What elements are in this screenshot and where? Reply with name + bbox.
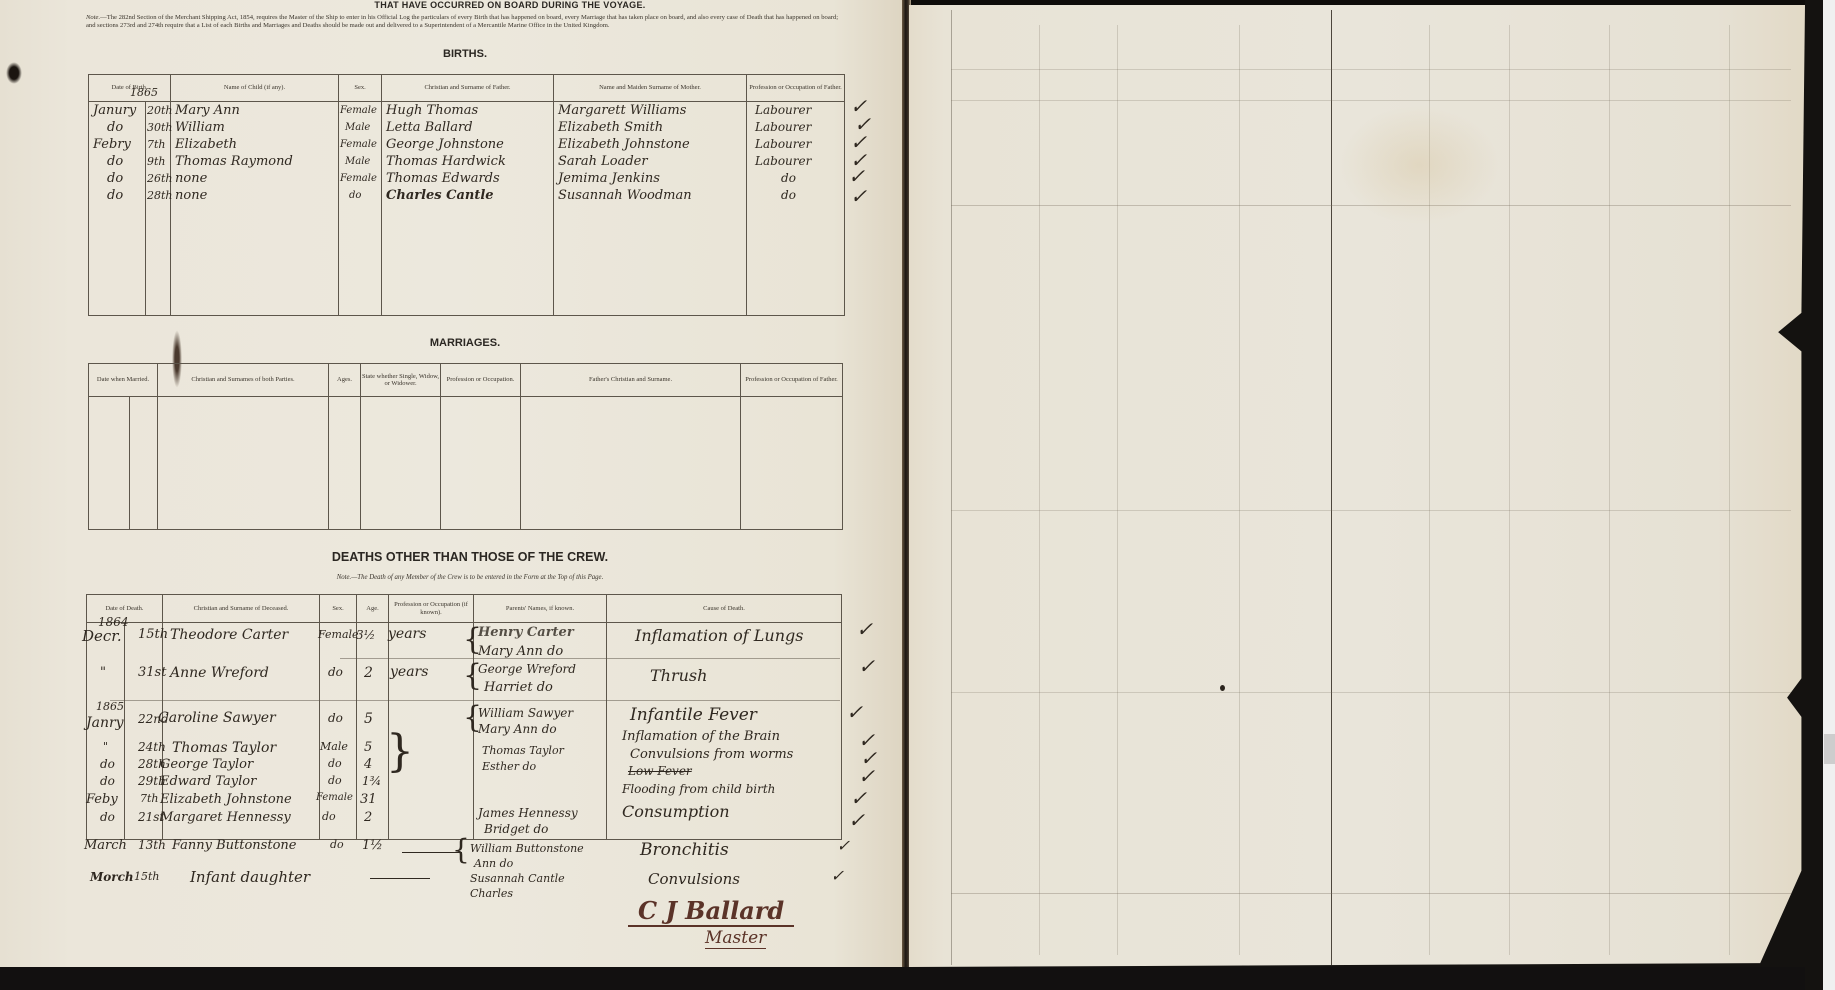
- marriages-col-parties: Christian and Surnames of both Parties.: [158, 364, 329, 397]
- faint-row-rule: [951, 893, 1791, 894]
- scrollbar-thumb[interactable]: [1824, 734, 1835, 764]
- birth-father: Letta Ballard: [382, 119, 553, 136]
- deaths-check-2: ✓: [857, 654, 880, 678]
- birth-month: Janury: [89, 102, 145, 119]
- birth-day: 9th: [146, 153, 170, 170]
- births-col-occupation: Profession or Occupation of Father.: [747, 75, 845, 102]
- death-parents: William Buttonstone: [470, 842, 584, 855]
- marriages-col-father: Father's Christian and Surname.: [521, 364, 741, 397]
- faint-column-rule: [1729, 25, 1730, 955]
- deaths-row-divider: [340, 658, 840, 659]
- birth-day: 20th: [146, 102, 170, 119]
- death-name: Fanny Buttonstone: [172, 838, 296, 853]
- death-name: Anne Wreford: [170, 665, 269, 681]
- birth-sex: do: [339, 187, 381, 204]
- births-father-cell: Hugh Thomas Letta Ballard George Johnsto…: [382, 102, 554, 316]
- births-col-sex: Sex.: [339, 75, 382, 102]
- deaths-col-name: Christian and Surname of Deceased.: [163, 595, 320, 623]
- death-parents: Bridget do: [484, 822, 548, 836]
- births-col-child: Name of Child (if any).: [171, 75, 339, 102]
- death-age: 1¾: [362, 774, 381, 788]
- page-header-title: THAT HAVE OCCURRED ON BOARD DURING THE V…: [330, 0, 690, 10]
- death-parents: William Sawyer: [478, 706, 573, 720]
- death-parents: George Wreford: [478, 662, 576, 676]
- deaths-check-7: ✓: [849, 786, 872, 810]
- death-name: Elizabeth Johnstone: [160, 792, 292, 807]
- left-page: THAT HAVE OCCURRED ON BOARD DURING THE V…: [0, 0, 905, 967]
- death-month: Feby: [86, 792, 118, 807]
- death-parents: Mary Ann do: [478, 644, 563, 659]
- birth-month: do: [89, 187, 145, 204]
- birth-father: Charles Cantle: [382, 187, 553, 204]
- death-cause: Convulsions from worms: [630, 747, 793, 762]
- death-month: do: [100, 774, 115, 788]
- parents-brace: {: [452, 838, 470, 862]
- water-stain: [1339, 105, 1499, 225]
- deaths-col-cause: Cause of Death.: [607, 595, 842, 623]
- births-title: BIRTHS.: [400, 48, 530, 60]
- death-sex: do: [328, 711, 343, 725]
- faint-column-rule: [1429, 25, 1430, 955]
- birth-child-name: William: [171, 119, 338, 136]
- birth-child-name: none: [171, 170, 338, 187]
- deaths-col-age: Age.: [357, 595, 389, 623]
- death-month: do: [100, 810, 115, 824]
- birth-occupation: Labourer: [747, 153, 844, 170]
- deaths-title: DEATHS OTHER THAN THOSE OF THE CREW.: [250, 550, 690, 564]
- top-edge-shadow: [900, 0, 1805, 5]
- death-occupation: years: [388, 626, 426, 642]
- births-year: 1865: [130, 86, 158, 99]
- death-cause: Low Fever: [628, 764, 692, 778]
- death-day: 7th: [140, 792, 159, 805]
- death-sex: do: [322, 810, 336, 823]
- death-age: 3½: [356, 628, 375, 642]
- birth-father: George Johnstone: [382, 136, 553, 153]
- death-cause: Consumption: [622, 802, 730, 821]
- death-age: 5: [364, 740, 372, 755]
- marriages-col-ages: Ages.: [329, 364, 361, 397]
- birth-day: 26th: [146, 170, 170, 187]
- death-month: do: [100, 757, 115, 771]
- death-month: Janry: [86, 715, 124, 731]
- birth-month: Febry: [89, 136, 145, 153]
- note-label: Note.: [86, 14, 100, 21]
- birth-day: 30th: [146, 119, 170, 136]
- birth-sex: Male: [339, 119, 381, 136]
- faint-row-rule: [951, 205, 1791, 206]
- marriages-col-occupation: Profession or Occupation.: [441, 364, 521, 397]
- death-day: 15th: [138, 627, 168, 642]
- death-age: 4: [364, 757, 372, 772]
- death-age: 2: [364, 810, 372, 825]
- ink-speck: [1220, 685, 1225, 691]
- death-parents: Susannah Cantle: [470, 872, 565, 885]
- births-occupation-cell: Labourer Labourer Labourer Labourer do d…: [747, 102, 845, 316]
- marriages-empty-row: [89, 397, 843, 530]
- right-page-margin-rule: [951, 10, 952, 965]
- births-day-cell: 20th 30th 7th 9th 26th 28th: [146, 102, 171, 316]
- death-name: Caroline Sawyer: [158, 710, 276, 726]
- birth-day: 7th: [146, 136, 170, 153]
- faint-column-rule: [1117, 25, 1118, 955]
- births-mother-cell: Margarett Williams Elizabeth Smith Eliza…: [554, 102, 747, 316]
- deaths-col-sex: Sex.: [320, 595, 357, 623]
- marriages-table: Date when Married. Christian and Surname…: [88, 363, 843, 530]
- death-parents: Thomas Taylor: [482, 744, 564, 757]
- birth-month: do: [89, 119, 145, 136]
- faint-column-rule: [1609, 25, 1610, 955]
- birth-father: Thomas Edwards: [382, 170, 553, 187]
- birth-occupation: do: [747, 187, 844, 204]
- death-month: ": [103, 740, 108, 753]
- birth-sex: Female: [339, 136, 381, 153]
- death-parents: Mary Ann do: [478, 722, 557, 736]
- marriages-title: MARRIAGES.: [400, 337, 530, 349]
- deaths-check-10: ✓: [829, 866, 847, 885]
- birth-occupation: do: [747, 170, 844, 187]
- death-sex: do: [328, 774, 342, 787]
- birth-sex: Female: [339, 102, 381, 119]
- birth-mother: Margarett Williams: [554, 102, 746, 119]
- births-col-mother: Name and Maiden Surname of Mother.: [554, 75, 747, 102]
- birth-mother: Elizabeth Johnstone: [554, 136, 746, 153]
- death-cause: Infantile Fever: [630, 705, 757, 725]
- death-name: Thomas Taylor: [172, 740, 276, 756]
- death-name: Margaret Hennessy: [160, 810, 291, 825]
- header-note: Note.—The 282nd Section of the Merchant …: [86, 14, 846, 30]
- death-parents: Harriet do: [484, 680, 553, 695]
- right-page: [909, 5, 1805, 967]
- ink-blot: [6, 62, 22, 84]
- births-col-father: Christian and Surname of Father.: [382, 75, 554, 102]
- death-parents: Henry Carter: [478, 625, 574, 640]
- death-cause: Thrush: [650, 666, 707, 685]
- marriages-col-date: Date when Married.: [89, 364, 158, 397]
- death-name: George Taylor: [160, 757, 253, 772]
- birth-month: do: [89, 170, 145, 187]
- birth-day: 28th: [146, 187, 170, 204]
- deaths-year-1865: 1865: [96, 700, 124, 713]
- deaths-col-parents: Parents' Names, if known.: [474, 595, 607, 623]
- birth-father: Thomas Hardwick: [382, 153, 553, 170]
- faint-column-rule: [1509, 25, 1510, 955]
- death-sex: do: [328, 665, 343, 679]
- death-occupation: years: [390, 664, 428, 680]
- death-age: 2: [364, 665, 373, 681]
- master-title: Master: [705, 928, 766, 949]
- death-month: Decr.: [82, 627, 122, 645]
- faint-row-rule: [951, 510, 1791, 511]
- birth-father: Hugh Thomas: [382, 102, 553, 119]
- death-sex: do: [330, 838, 344, 851]
- death-cause: Convulsions: [648, 870, 740, 888]
- birth-month: do: [89, 153, 145, 170]
- death-day: 24th: [138, 740, 166, 754]
- birth-occupation: Labourer: [747, 102, 844, 119]
- vertical-scrollbar[interactable]: [1823, 0, 1835, 990]
- death-parents: James Hennessy: [478, 806, 578, 820]
- birth-child-name: Thomas Raymond: [171, 153, 338, 170]
- births-sex-cell: Female Male Female Male Female do: [339, 102, 382, 316]
- deaths-col-occupation: Profession or Occupation (if known).: [389, 595, 474, 623]
- birth-sex: Male: [339, 153, 381, 170]
- death-sex: Male: [320, 740, 348, 753]
- birth-child-name: none: [171, 187, 338, 204]
- right-page-center-rule: [1331, 10, 1332, 965]
- death-age: 31: [360, 792, 377, 807]
- death-parents: Esther do: [482, 760, 536, 773]
- deaths-check-3: ✓: [845, 700, 868, 724]
- deaths-check-1: ✓: [855, 617, 878, 641]
- death-parents: Charles: [470, 887, 513, 900]
- death-name: Theodore Carter: [170, 627, 288, 643]
- death-cause: Inflamation of Lungs: [635, 626, 803, 645]
- faint-column-rule: [1239, 25, 1240, 955]
- deaths-note: Note.—The Death of any Member of the Cre…: [250, 574, 690, 581]
- faint-row-rule: [951, 100, 1791, 101]
- age-brace: }: [386, 740, 414, 764]
- death-day: 31st: [138, 665, 166, 680]
- note-text: —The 282nd Section of the Merchant Shipp…: [86, 14, 838, 29]
- dash: [370, 878, 430, 879]
- death-parents: Ann do: [474, 857, 513, 870]
- death-day: 15th: [134, 870, 160, 883]
- faint-column-rule: [1039, 25, 1040, 955]
- marriages-col-father-occupation: Profession or Occupation of Father.: [741, 364, 843, 397]
- birth-mother: Sarah Loader: [554, 153, 746, 170]
- death-cause: Flooding from child birth: [622, 782, 775, 796]
- death-age: 5: [364, 711, 373, 727]
- death-sex: Female: [318, 628, 359, 641]
- birth-mother: Elizabeth Smith: [554, 119, 746, 136]
- birth-occupation: Labourer: [747, 119, 844, 136]
- faint-row-rule: [951, 69, 1791, 70]
- death-cause: Bronchitis: [640, 840, 729, 860]
- marriages-col-state: State whether Single, Widow, or Widower.: [361, 364, 441, 397]
- death-month: March: [84, 838, 127, 853]
- master-signature: C J Ballard: [628, 896, 794, 927]
- death-cause: Inflamation of the Brain: [622, 729, 780, 744]
- births-table: Date of Birth. Name of Child (if any). S…: [88, 74, 845, 316]
- death-month: ": [100, 665, 106, 680]
- birth-mother: Susannah Woodman: [554, 187, 746, 204]
- bottom-edge-shadow: [0, 967, 1805, 990]
- deaths-check-8: ✓: [847, 808, 870, 832]
- death-age: 1½: [362, 838, 383, 853]
- death-sex: do: [328, 757, 342, 770]
- death-name: Edward Taylor: [160, 774, 256, 789]
- death-name: Infant daughter: [190, 868, 310, 886]
- death-day: 13th: [138, 838, 166, 852]
- birth-mother: Jemima Jenkins: [554, 170, 746, 187]
- birth-sex: Female: [339, 170, 381, 187]
- death-sex: Female: [316, 792, 353, 803]
- faint-row-rule: [951, 692, 1791, 693]
- death-month: Morch: [90, 870, 134, 884]
- birth-child-name: Mary Ann: [171, 102, 338, 119]
- birth-child-name: Elizabeth: [171, 136, 338, 153]
- birth-occupation: Labourer: [747, 136, 844, 153]
- births-child-cell: Mary Ann William Elizabeth Thomas Raymon…: [171, 102, 339, 316]
- births-month-cell: Janury do Febry do do do: [89, 102, 146, 316]
